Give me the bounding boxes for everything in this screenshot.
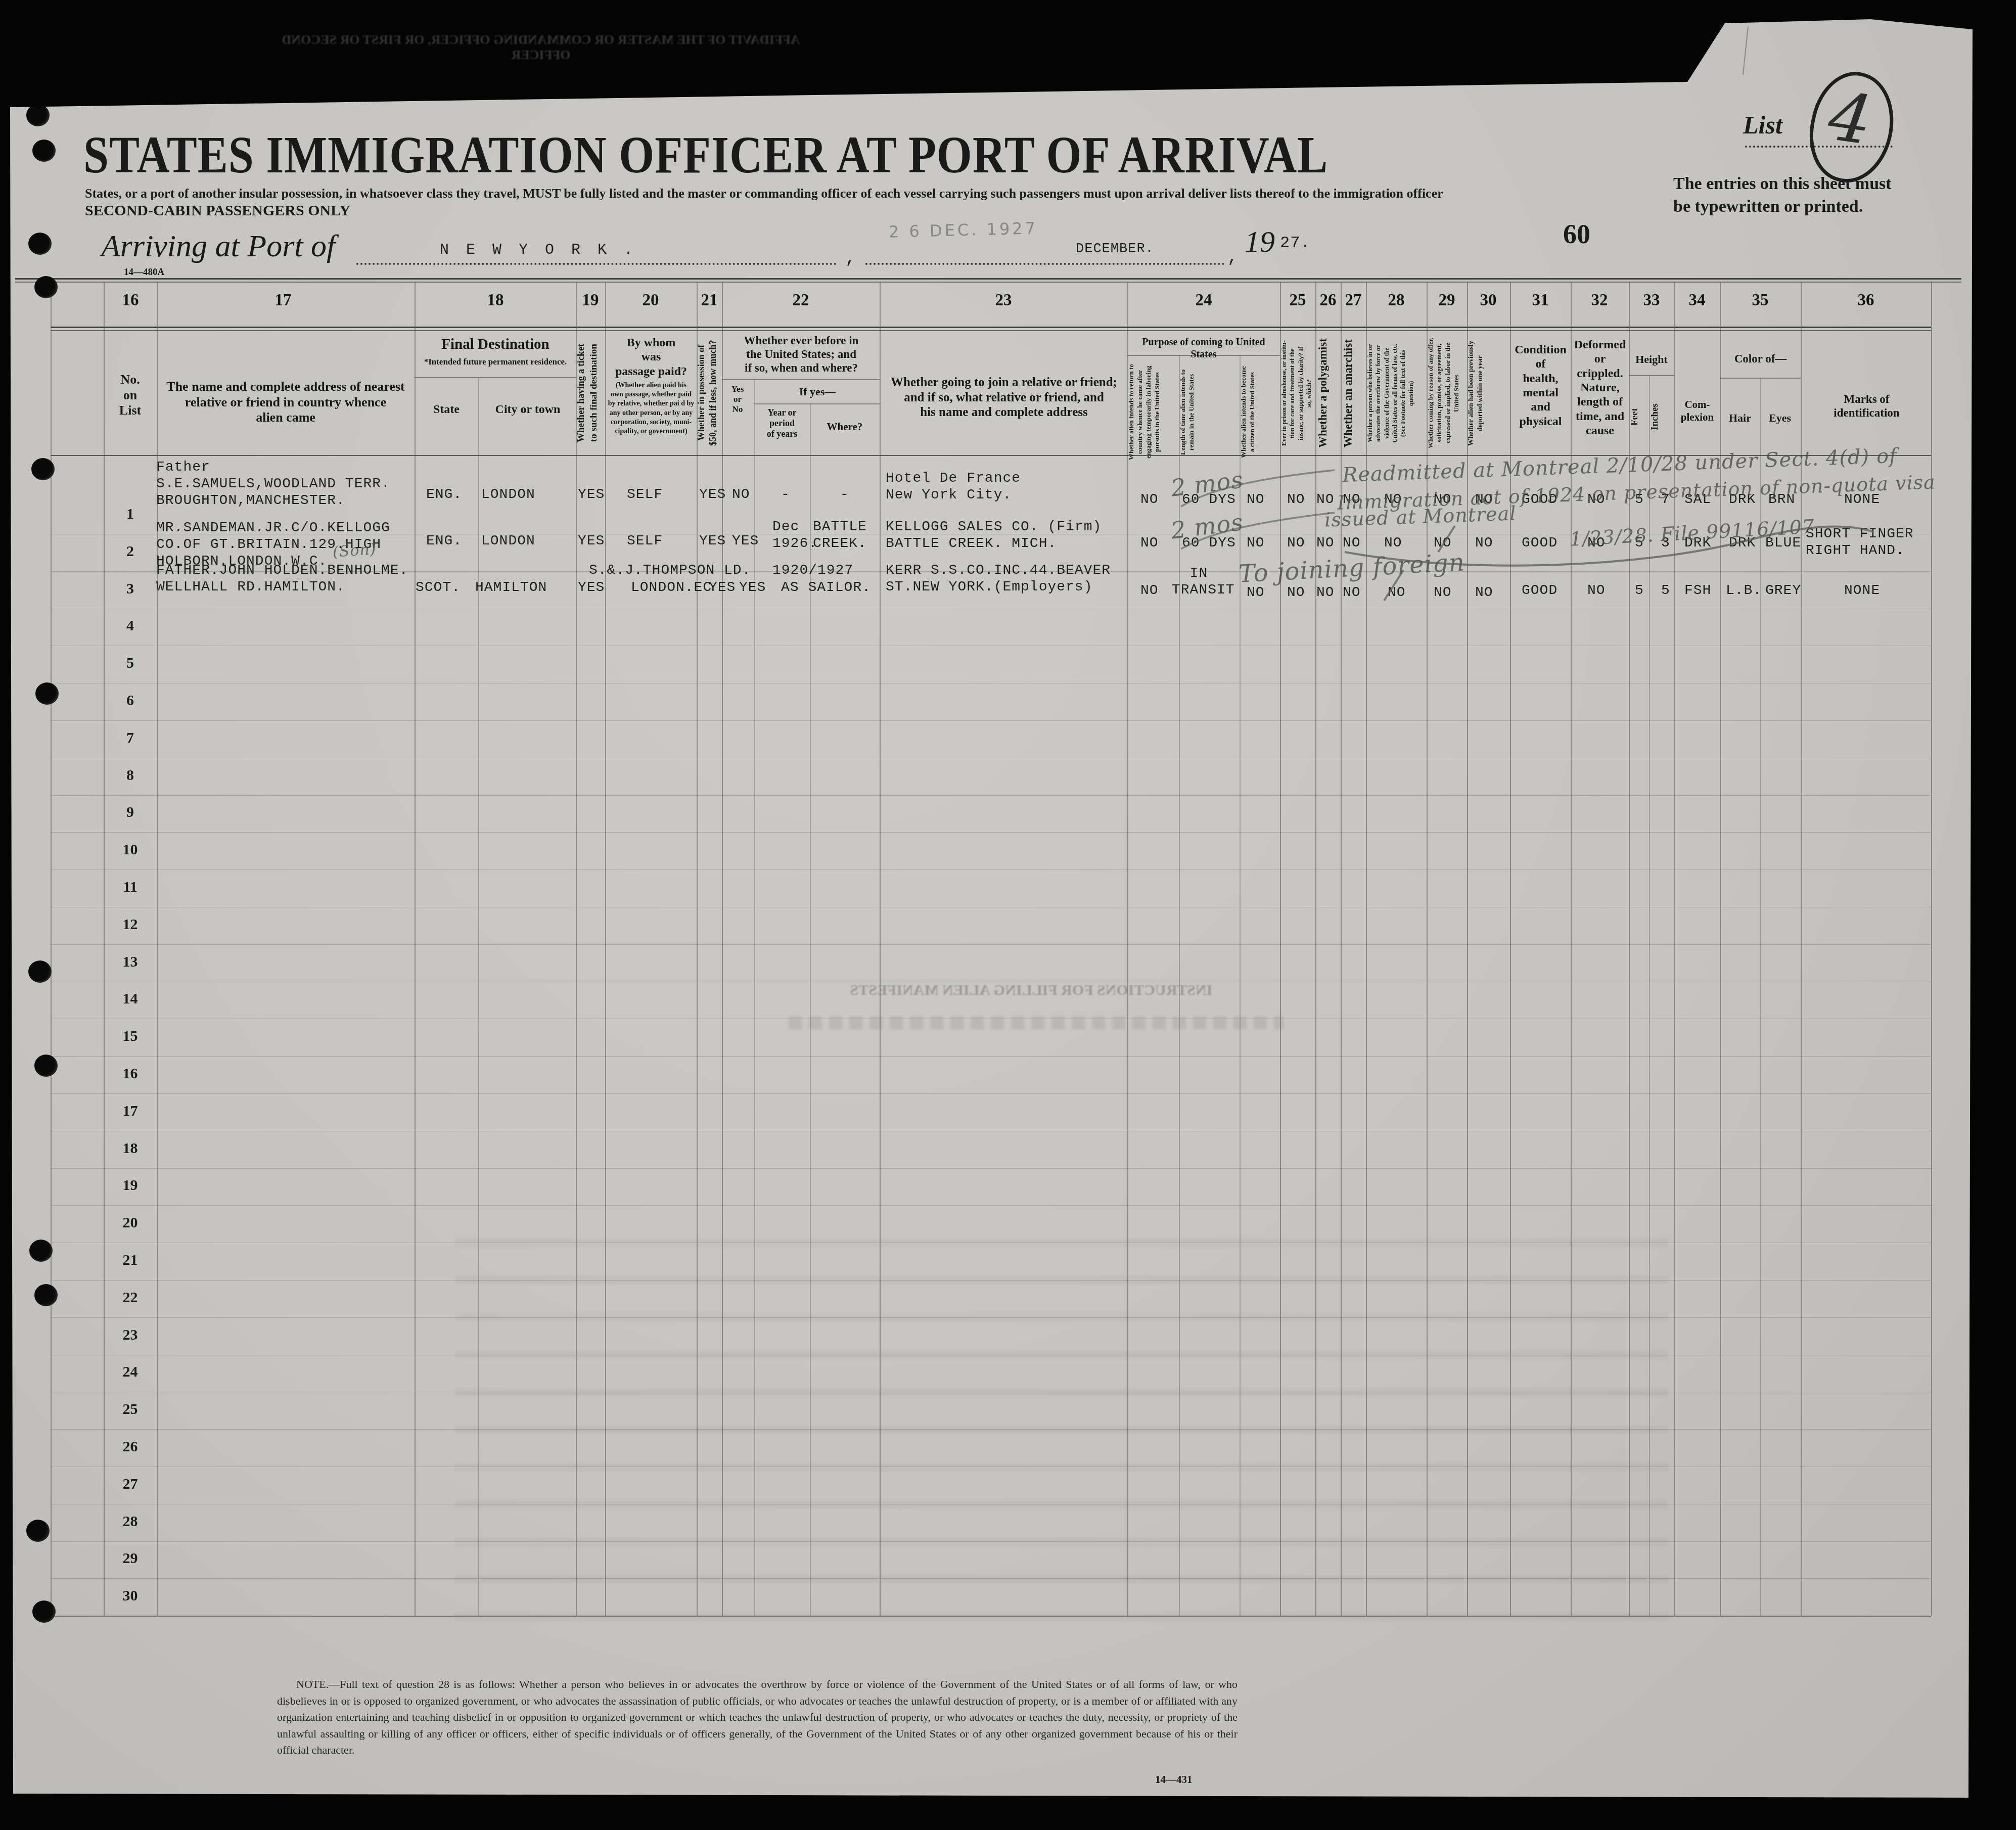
arrival-date-stamp: 2 6 DEC. 1927 [889,218,1038,242]
table-row-line [51,1168,1931,1169]
p1-paid-by: SELF [627,486,663,503]
row-number: 2 [104,543,157,560]
typed-note: The entries on this sheet must be typewr… [1673,173,1921,218]
subtitle: States, or a port of another insular pos… [85,186,1443,201]
column-number: 29 [1424,291,1470,310]
column-number: 31 [1518,291,1563,310]
p1-ticket: YES [578,486,605,503]
bleed-low-texture [455,1239,1668,1623]
col36-header: Marks of identification [1805,392,1929,420]
punch-hole [26,1520,50,1542]
p2-overthrow: NO [1384,535,1402,552]
p3-polygamist: NO [1316,584,1335,601]
col17-header: The name and complete address of nearest… [159,379,412,426]
row-number: 15 [104,1028,157,1045]
table-subcolumn-line [1760,378,1761,1616]
list-label: List [1743,110,1782,140]
table-column-line [415,282,416,1616]
punch-hole [34,1284,58,1306]
col18-note: *Intended future permanent residence. [415,357,576,367]
col26-header: Whether a polygamist [1315,333,1341,454]
p3-paid-by-2: LONDON.EC [631,579,712,596]
column-number: 17 [260,291,306,310]
row-number: 24 [104,1363,157,1381]
p3-prison: NO [1287,584,1305,601]
row-number: 5 [104,655,157,672]
p3-eyes: GREY [1765,582,1801,599]
table-row-line [51,944,1931,945]
p3-relative: FATHER.JOHN HOLDEN.BENHOLME. WELLHALL RD… [156,562,408,596]
col24-sub-length: Length of time alien intends to remain i… [1179,359,1240,465]
col30-header: Whether alien had been previously deport… [1467,333,1510,454]
p3-before-where: AS SAILOR. [781,579,871,596]
col20-note: (Whether alien paid his own passage, whe… [607,381,696,436]
col21-header: Whether in possession of $50, and if les… [696,333,722,453]
p2-paid-by: SELF [627,533,663,550]
p2-prison: NO [1287,535,1305,552]
table-row-line [51,609,1931,609]
row-number: 1 [104,506,157,523]
p3-inches: 5 [1661,582,1670,599]
row-number: 25 [104,1401,157,1418]
row-number: 12 [104,916,157,933]
col18-sub-state: State [417,402,476,417]
p3-join: KERR S.S.CO.INC.44.BEAVER ST.NEW YORK.(E… [886,562,1111,596]
column-number: 33 [1629,291,1674,310]
column-number: 27 [1331,291,1376,310]
p1-before-year: - [781,486,790,503]
p3-deformed: NO [1587,582,1606,599]
form-number-bottom: 14—431 [1155,1773,1193,1786]
col20-header: By whom was passage paid? [607,336,696,379]
p3-paid-by-1: S.&.J.THOMPSON LD. [589,562,751,579]
scanned-manifest-page: AFFIDAVIT OF THE MASTER OR COMMANDING OF… [0,0,2016,1830]
col18-header: Final Destination [415,336,576,353]
p3-purpose-return: NO [1140,582,1159,599]
form-number-top: 14—480A [124,267,164,278]
col35-header: Color of— [1721,352,1800,365]
table-row-line [51,795,1931,796]
row-number: 7 [104,729,157,747]
col28-header: Whether a person who believes in or advo… [1366,333,1427,454]
cabin-class-line: SECOND-CABIN PASSENGERS ONLY [85,202,350,219]
row-number: 23 [104,1326,157,1344]
port-dotted-line [356,263,837,265]
p3-dest-city: HAMILTON [475,579,547,596]
p3-ticket: YES [578,579,605,596]
p3-feet: 5 [1635,582,1644,599]
punch-hole [32,1600,56,1623]
p3-purpose-length: IN TRANSIT [1172,565,1235,599]
column-number: 30 [1465,291,1511,310]
col27-header: Whether an anarchist [1341,333,1366,454]
punch-hole [28,233,52,255]
port-value: N E W Y O R K . [440,242,637,259]
column-number: 21 [686,291,732,310]
row-number: 4 [104,617,157,634]
col22-sub-where: Where? [811,421,879,433]
col16-header: No. on List [104,372,157,419]
p3-before-year: 1920/1927 [772,562,853,579]
row-number: 17 [104,1103,157,1120]
row-number: 3 [104,580,157,598]
p3-marks: NONE [1844,582,1880,599]
before-sub-rule [722,379,880,380]
bleed-top-text: AFFIDAVIT OF THE MASTER OR COMMANDING OF… [273,32,809,63]
table-row-line [51,646,1931,646]
col29-header: Whether coming by reason of any offer, s… [1427,333,1467,454]
transit-annotation: To joining foreign [1238,548,1465,588]
bleed-mid-title: INSTRUCTIONS FOR FILLING ALIEN MANIFESTS [834,982,1228,999]
column-number: 18 [473,291,518,310]
col22-sub-year: Year or period of years [754,407,810,440]
p2-polygamist: NO [1316,535,1335,552]
p1-dest-state: ENG. [426,486,462,503]
table-column-line [51,282,52,1616]
row-number: 28 [104,1513,157,1530]
p2-son-annotation: (Son) [332,540,377,561]
col33-header: Height [1629,353,1674,366]
comma-2: , [1227,248,1238,268]
punch-hole [26,104,50,126]
row-number: 22 [104,1289,157,1306]
p3-complexion: FSH [1684,582,1711,599]
p3-overthrow: NO [1388,584,1406,601]
page-title: STATES IMMIGRATION OFFICER AT PORT OF AR… [83,125,1328,185]
column-number: 28 [1373,291,1419,310]
table-double-rule-1 [51,327,1931,328]
col34-header: Com- plexion [1676,398,1719,424]
column-number: 22 [778,291,823,310]
p2-possession: YES [699,533,726,550]
col22-sub-yesno: Yes or No [722,384,753,415]
column-number: 16 [108,291,153,310]
p1-before-where: - [840,486,849,503]
table-row-line [51,758,1931,758]
p2-join: KELLOGG SALES CO. (Firm) BATTLE CREEK. M… [886,519,1102,552]
row-number: 8 [104,767,157,784]
p2-health: GOOD [1522,535,1557,552]
page-stack-edge [1743,26,1749,75]
row-number: 26 [104,1438,157,1455]
row-number: 11 [104,879,157,896]
column-number: 24 [1181,291,1226,310]
col35-sub-hair: Hair [1720,411,1760,425]
col32-header: Deformed or crippled. Nature, length of … [1572,338,1628,438]
p3-hair: L.B. [1726,582,1762,599]
p2-purpose-return: NO [1140,535,1159,552]
date-dotted-line [865,263,1224,265]
comma-1: , [845,249,856,269]
p2-dest-city: LONDON [481,533,535,550]
p1-dest-city: LONDON [481,486,535,503]
row-number: 13 [104,953,157,971]
column-number: 32 [1577,291,1622,310]
p3-before-yn: YES [739,579,766,596]
col22-header: Whether ever before in the United States… [724,334,879,375]
p2-anarchist: NO [1343,535,1361,552]
row-number: 29 [104,1550,157,1567]
dest-sub-rule [415,377,576,378]
bleed-mid-texture [789,1016,1284,1029]
p2-dest-state: ENG. [426,533,462,550]
row-number: 27 [104,1476,157,1493]
col24-sub-return: Whether alien intends to return to count… [1127,359,1179,465]
p3-health: GOOD [1522,582,1557,599]
table-row-line [51,907,1931,907]
column-number: 20 [628,291,673,310]
table-row-line [51,870,1931,870]
p3-labor: NO [1434,584,1452,601]
table-double-rule-2 [51,330,1931,331]
p3-dest-state: SCOT. [416,579,461,596]
p1-purpose-return: NO [1140,491,1159,508]
table-row-line [51,1056,1931,1057]
p2-before-where: BATTLE CREEK. [813,519,867,552]
col25-header: Ever in prison or almshouse, or institu-… [1280,333,1315,454]
row-number: 14 [104,990,157,1008]
year-script: 19 [1245,224,1275,259]
row-number: 6 [104,692,157,709]
sheet-number: 60 [1563,218,1590,250]
col22-sub-ifyes: If yes— [756,385,879,398]
punch-hole [34,276,58,298]
punch-hole [28,960,52,983]
manifest-sheet: List 4 The entries on this sheet must be… [0,0,2016,1830]
year-typed: 27. [1280,234,1311,253]
table-row-line [51,832,1931,833]
punch-hole [32,140,56,162]
row-number: 9 [104,804,157,821]
p2-before-yn: YES [732,533,759,550]
double-rule-top-2 [15,282,1961,283]
p1-possession: YES [699,486,726,503]
p3-possession: YES [709,579,736,596]
row-number: 19 [104,1177,157,1194]
column-number: 19 [568,291,613,310]
row-number: 10 [104,841,157,858]
month-value: DECEMBER. [1076,242,1154,258]
col33-sub-inches: Inches [1649,384,1674,450]
column-number: 36 [1843,291,1889,310]
p2-before-year: Dec 1926. [772,519,817,552]
arriving-label: Arriving at Port of [101,228,335,264]
punch-hole [34,1055,58,1077]
p2-purpose-citizen: NO [1247,535,1265,552]
p2-ticket: YES [578,533,605,550]
p1-prison: NO [1287,491,1305,508]
col19-header: Whether having a ticket to such final de… [575,333,606,453]
table-row-line [51,720,1931,721]
p2-deported: NO [1475,535,1493,552]
row-number: 16 [104,1065,157,1082]
p1-polygamist: NO [1316,491,1335,508]
p1-before-yn: NO [732,486,750,503]
footnote-question-28: NOTE.—Full text of question 28 is as fol… [277,1676,1238,1759]
column-number: 35 [1737,291,1783,310]
punch-hole [29,1240,53,1262]
punch-hole [35,682,59,705]
punch-hole [31,458,55,480]
column-number: 34 [1674,291,1720,310]
col24-sub-citizen: Whether alien intends to become a citize… [1240,359,1280,465]
column-number: 23 [981,291,1026,310]
row-number: 20 [104,1214,157,1231]
p1-join: Hotel De France New York City. [886,470,1021,504]
p1-purpose-citizen: NO [1247,491,1265,508]
p3-anarchist: NO [1343,584,1361,601]
p2-marks: SHORT FINGER RIGHT HAND. [1806,526,1914,559]
table-row-line [51,1131,1931,1131]
table-row-line [51,1205,1931,1206]
ifyes-sub-rule [754,403,880,404]
row-number: 18 [104,1140,157,1157]
p1-relative: Father S.E.SAMUELS,WOODLAND TERR. BROUGH… [156,459,390,509]
col24-header: Purpose of coming to United States [1128,337,1279,360]
row-number: 21 [104,1252,157,1269]
page-stack-edge [1651,23,1687,80]
col35-sub-eyes: Eyes [1760,411,1800,425]
col18-sub-city: City or town [480,402,575,417]
col23-header: Whether going to join a relative or frie… [882,375,1126,420]
table-row-line [51,1093,1931,1094]
height-sub-rule [1629,375,1674,376]
row-number: 30 [104,1587,157,1605]
double-rule-top-1 [15,278,1961,280]
table-row-line [51,683,1931,683]
col31-header: Condition of health, mental and physical [1511,343,1570,429]
col33-sub-feet: Feet [1629,384,1649,450]
p3-deported: NO [1475,584,1493,601]
